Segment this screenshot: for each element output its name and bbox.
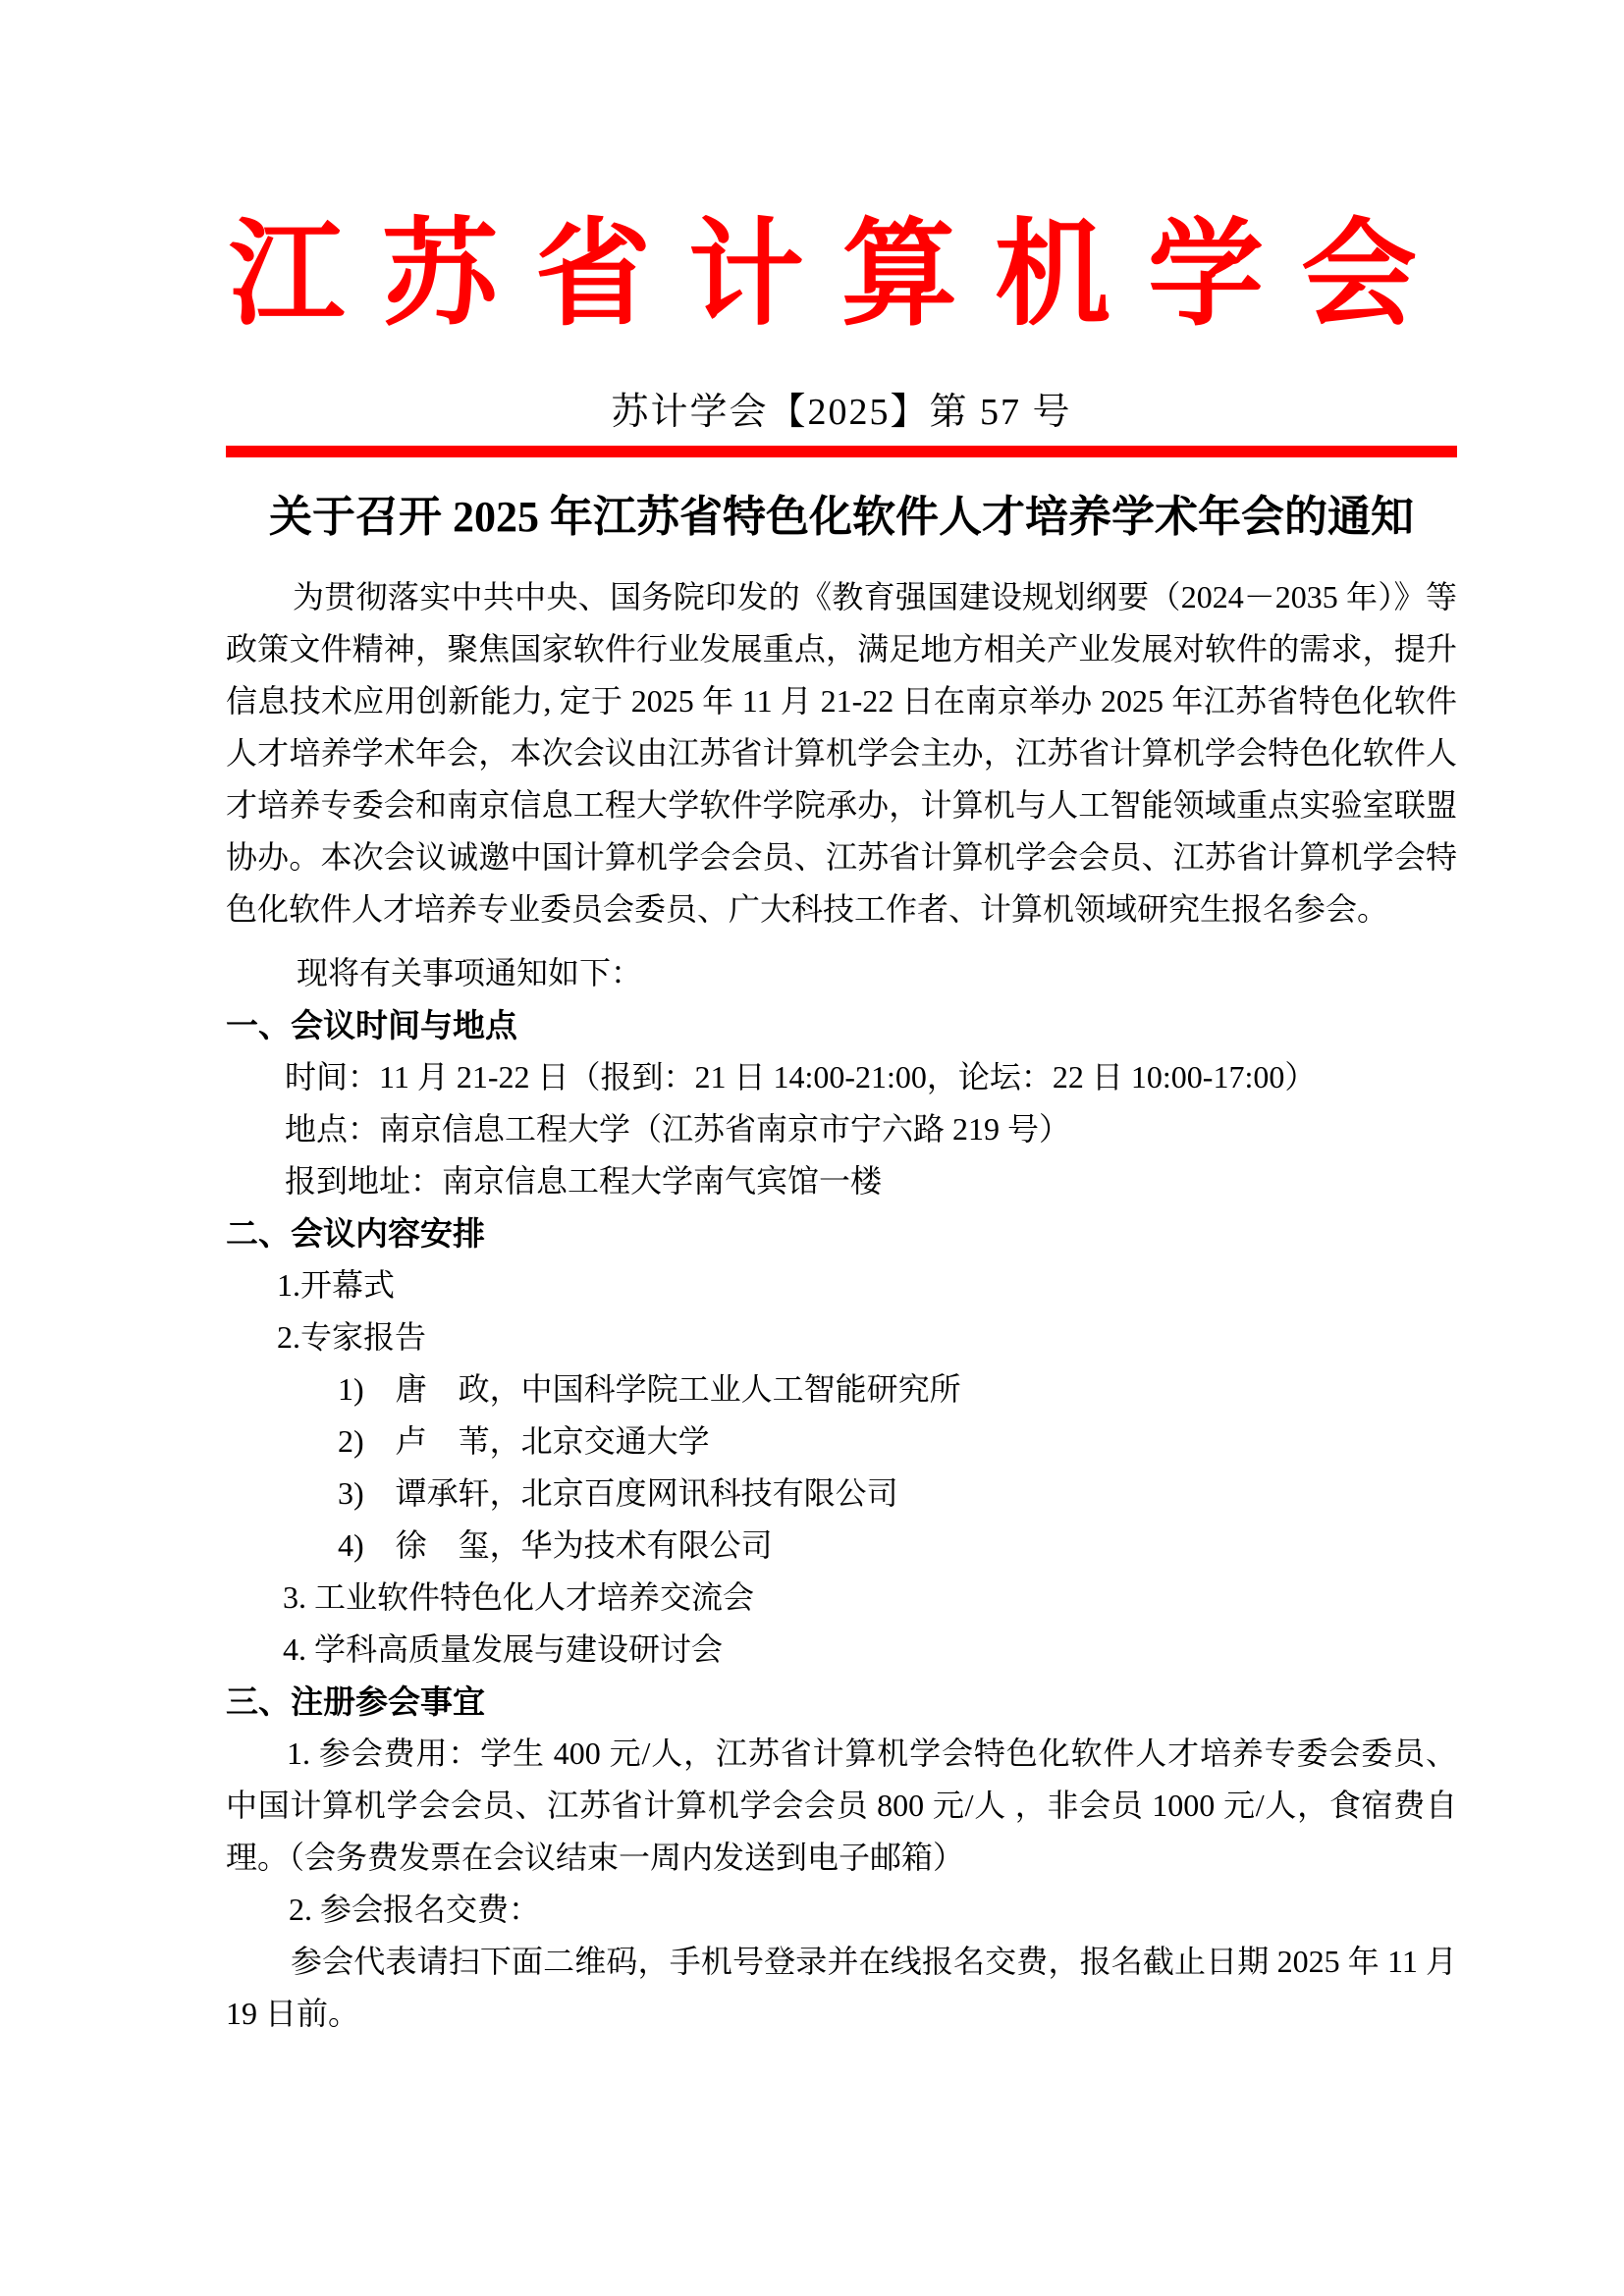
lead-in-line: 现将有关事项通知如下： <box>226 947 1457 999</box>
speaker-item-2: 2) 卢 苇，北京交通大学 <box>226 1415 1457 1468</box>
speaker-item-1: 1) 唐 政，中国科学院工业人工智能研究所 <box>226 1363 1457 1415</box>
registration-fee-paragraph: 1. 参会费用：学生 400 元/人，江苏省计算机学会特色化软件人才培养专委会委… <box>226 1728 1457 1884</box>
qr-instruction-paragraph: 参会代表请扫下面二维码，手机号登录并在线报名交费，报名截止日期 2025 年 1… <box>226 1936 1457 2040</box>
agenda-item-opening: 1.开幕式 <box>226 1259 1457 1311</box>
section3-heading: 三、注册参会事宜 <box>226 1676 1457 1728</box>
notice-document-page: 江苏省计算机学会 苏计学会【2025】第 57 号 关于召开 2025 年江苏省… <box>0 0 1624 2296</box>
section2-heading: 二、会议内容安排 <box>226 1207 1457 1259</box>
red-divider-line <box>226 446 1457 457</box>
notice-body: 关于召开 2025 年江苏省特色化软件人才培养学术年会的通知 为贯彻落实中共中央… <box>226 493 1457 2040</box>
section-registration: 三、注册参会事宜 1. 参会费用：学生 400 元/人，江苏省计算机学会特色化软… <box>226 1676 1457 2040</box>
document-number: 苏计学会【2025】第 57 号 <box>226 389 1457 436</box>
speaker-item-4: 4) 徐 玺，华为技术有限公司 <box>226 1520 1457 1572</box>
agenda-item-industrial-software: 3. 工业软件特色化人才培养交流会 <box>226 1572 1457 1624</box>
checkin-address-line: 报到地址：南京信息工程大学南气宾馆一楼 <box>226 1155 1457 1207</box>
intro-paragraph: 为贯彻落实中共中央、国务院印发的《教育强国建设规划纲要（2024－2035 年）… <box>226 571 1457 935</box>
section1-heading: 一、会议时间与地点 <box>226 999 1457 1051</box>
organization-title: 江苏省计算机学会 <box>226 218 1457 334</box>
meeting-venue-line: 地点：南京信息工程大学（江苏省南京市宁六路 219 号） <box>226 1103 1457 1155</box>
meeting-time-line: 时间：11 月 21-22 日（报到：21 日 14:00-21:00，论坛：2… <box>226 1051 1457 1103</box>
section-agenda: 二、会议内容安排 1.开幕式 2.专家报告 1) 唐 政，中国科学院工业人工智能… <box>226 1207 1457 1676</box>
notice-title: 关于召开 2025 年江苏省特色化软件人才培养学术年会的通知 <box>226 493 1457 542</box>
section-time-location: 一、会议时间与地点 时间：11 月 21-22 日（报到：21 日 14:00-… <box>226 999 1457 1207</box>
agenda-item-expert-reports: 2.专家报告 <box>226 1311 1457 1363</box>
letterhead: 江苏省计算机学会 苏计学会【2025】第 57 号 <box>226 218 1457 457</box>
agenda-item-discipline-development: 4. 学科高质量发展与建设研讨会 <box>226 1624 1457 1676</box>
speaker-item-3: 3) 谭承轩，北京百度网讯科技有限公司 <box>226 1468 1457 1520</box>
registration-payment-line: 2. 参会报名交费： <box>226 1884 1457 1936</box>
